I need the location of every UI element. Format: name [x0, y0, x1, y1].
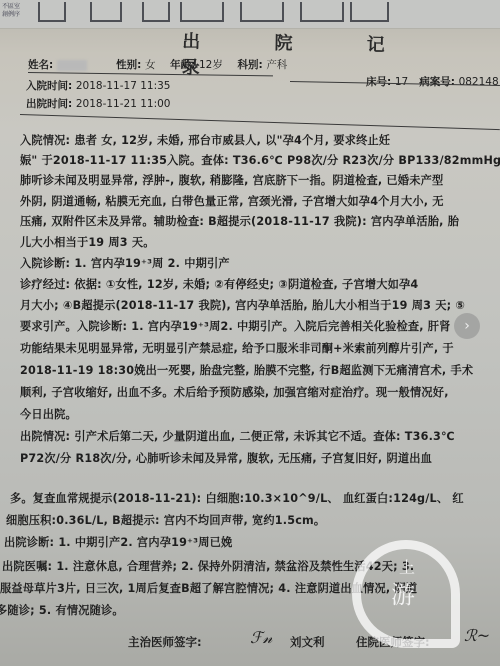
case-no-value: 082148 [459, 76, 499, 88]
dept-value: 产科 [266, 59, 287, 71]
resident-signature-scrawl: ℛ~ [464, 626, 490, 645]
admit-time-row: 入院时间: 2018-11-17 11:35 [26, 78, 170, 93]
admit-time-label: 入院时间: [26, 80, 72, 92]
text-line: 诊疗经过: 依据: ①女性, 12岁, 未婚; ②有停经史; ③阴道检查, 子宫… [20, 276, 418, 292]
text-line: 细胞压积:0.36L/L, B超提示: 宫内不均回声带, 宽约1.5cm。 [6, 512, 325, 528]
discharge-time-label: 出院时间: [26, 98, 72, 110]
case-no-label: 病案号: [419, 76, 455, 88]
admission-diagnosis: 入院诊断: 1. 宫内孕19⁺³周 2. 中期引产 [20, 255, 230, 271]
discharge-time-row: 出院时间: 2018-11-21 11:00 [26, 96, 170, 111]
text-line: 儿大小相当于19 周3 天。 [20, 234, 155, 250]
divider [20, 114, 500, 130]
text-line: 要求引产。入院诊断: 1. 宫内孕19⁺³周2. 中期引产。入院后完善相关化验检… [20, 318, 451, 334]
text-line: P72次/分 R18次/分, 心肺听诊未闻及异常, 腹软, 无压痛, 子宫复旧好… [20, 450, 432, 466]
attending-name: 刘文利 [290, 634, 325, 650]
strip-tag-line-1: 不區室 [2, 3, 20, 11]
text-line: 入院情况: 患者 女, 12岁, 未婚, 邢台市威县人, 以"孕4个月, 要求终… [20, 132, 390, 148]
patient-info-row: 姓名: 性别: 女 年龄: 12岁 科别: 产科 [28, 57, 287, 72]
dept-label: 科别: [237, 59, 262, 71]
strip-pattern [142, 2, 170, 22]
discharge-diagnosis: 出院诊断: 1. 中期引产2. 宫内孕19⁺³周已娩 [4, 534, 232, 550]
strip-pattern [180, 2, 224, 22]
text-line: 2018-11-19 18:30娩出一死婴, 胎盘完整, 胎膜不完整, 行B超监… [20, 362, 473, 378]
age-label: 年龄: [170, 59, 195, 71]
chevron-right-icon: › [464, 318, 470, 334]
text-line: 压痛, 双附件区未及异常。辅助检查: B超提示(2018-11-17 我院): … [20, 213, 459, 229]
text-line: 外阴, 阴道通畅, 粘膜无充血, 白带色量正常, 宫颈光滑, 子宫增大如孕4个月… [20, 193, 444, 209]
discharge-orders: 出院医嘱: 1. 注意休息, 合理营养; 2. 保持外阴清洁, 禁盆浴及禁性生活… [2, 558, 414, 574]
text-line: 多。复查血常规提示(2018-11-21): 白细胞:10.3×10^9/L、 … [10, 490, 464, 506]
text-line: 出院情况: 引产术后第二天, 少量阴道出血, 二便正常, 未诉其它不适。查体: … [20, 428, 455, 444]
strip-pattern [240, 2, 284, 22]
strip-pattern [38, 2, 66, 22]
attending-signature-scrawl: ℱ𝓃 [250, 628, 272, 648]
strip-tag: 不區室 創例序 [2, 3, 20, 19]
strip-tag-line-2: 創例序 [2, 11, 20, 19]
text-line: 肺听诊未闻及明显异常, 浮肿-, 腹软, 稍膨隆, 宫底脐下一指。阴道检查, 已… [20, 172, 443, 188]
text-line: 多随诊; 5. 有情况随诊。 [0, 602, 124, 618]
name-label: 姓名: [28, 59, 53, 71]
attending-signature-label: 主治医师签字: [128, 634, 202, 650]
bed-case-row: 床号: 17 病案号: 082148 [366, 74, 499, 89]
strip-pattern [90, 2, 122, 22]
gender-value: 女 [145, 59, 156, 71]
watermark-logo: 上 游 [352, 540, 460, 648]
gender-label: 性别: [116, 59, 141, 71]
admit-time-value: 2018-11-17 11:35 [76, 80, 171, 92]
redacted-name [57, 60, 87, 71]
next-image-button[interactable]: › [454, 313, 480, 339]
strip-pattern [350, 2, 389, 22]
text-line: 娠" 于2018-11-17 11:35入院。查体: T36.6℃ P98次/分… [20, 152, 500, 168]
age-value: 12岁 [199, 59, 223, 71]
text-line: 今日出院。 [20, 406, 77, 422]
strip-pattern [300, 2, 344, 22]
bed-value: 17 [395, 76, 408, 88]
watermark-char-bottom: 游 [391, 575, 415, 610]
header-strip: 不區室 創例序 [0, 0, 500, 29]
text-line: 顺利, 子宫收缩好, 出血不多。术后给予预防感染, 加强宫缩对症治疗。现一般情况… [20, 384, 449, 400]
text-line: 月大小; ④B超提示(2018-11-17 我院), 宫内孕单活胎, 胎儿大小相… [20, 297, 465, 313]
text-line: 功能结果未见明显异常, 无明显引产禁忌症, 给予口服米非司酮+米索前列醇片引产,… [20, 340, 454, 356]
discharge-time-value: 2018-11-21 11:00 [76, 98, 171, 110]
